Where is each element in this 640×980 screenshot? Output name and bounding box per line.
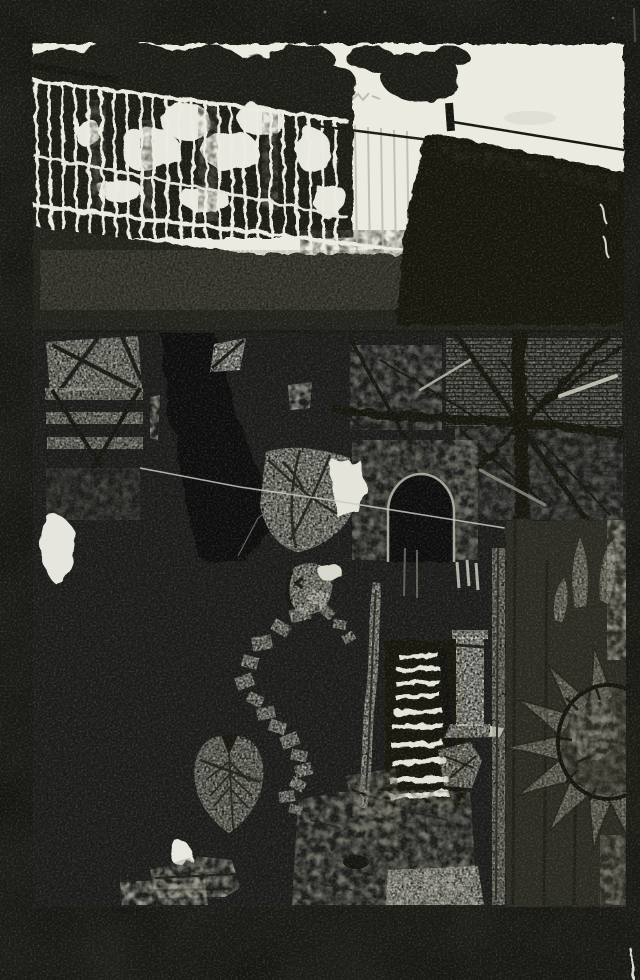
- grain-overlay: [0, 0, 640, 980]
- edge-streak: [634, 8, 635, 42]
- page-canvas: [0, 0, 640, 980]
- page-artifacts: [0, 0, 640, 980]
- dust-speck: [612, 17, 614, 19]
- photocopied-page: Metal railing fence with vertical bars i…: [0, 0, 640, 980]
- dust-speck: [324, 11, 327, 14]
